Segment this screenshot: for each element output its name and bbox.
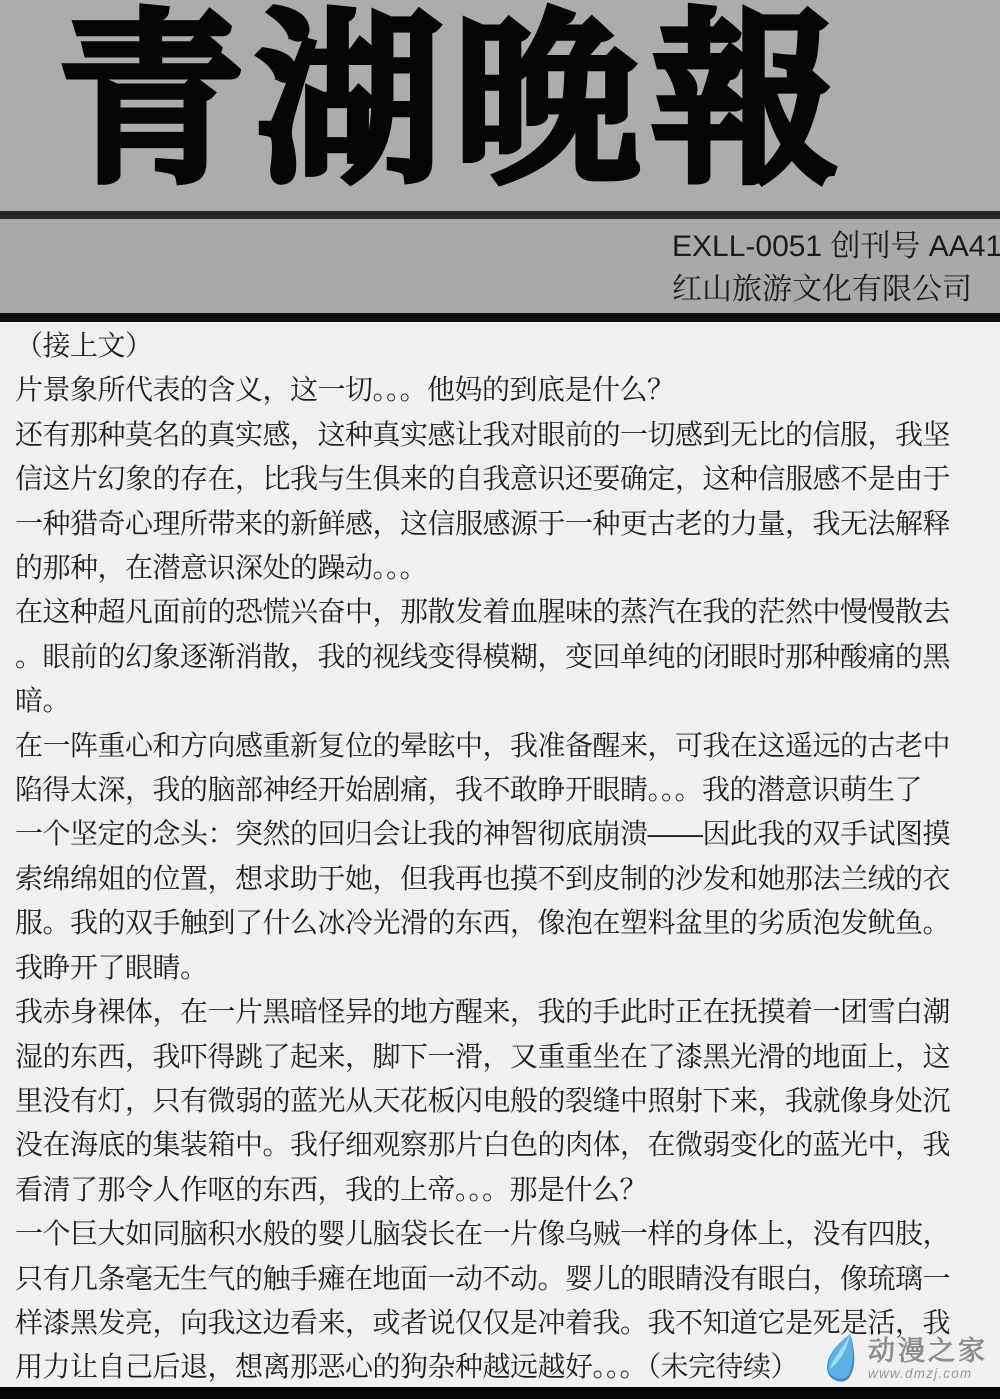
newspaper-title: 青湖晚報 bbox=[58, 0, 850, 207]
issue-info-block: EXLL-0051 创刊号 AA41-0 红山旅游文化有限公司 bbox=[672, 225, 1000, 311]
dmzj-site-name: 动漫之家 bbox=[868, 1336, 988, 1366]
issue-band: EXLL-0051 创刊号 AA41-0 红山旅游文化有限公司 bbox=[0, 219, 1000, 313]
article-divider bbox=[0, 313, 1000, 322]
dmzj-watermark: 动漫之家 www.dmzj.com bbox=[821, 1333, 988, 1385]
comic-text-page: { "masthead": { "title": "青湖晚報", "issue_… bbox=[0, 0, 1000, 1399]
dmzj-site-url: www.dmzj.com bbox=[868, 1366, 972, 1382]
newspaper-masthead: 青湖晚報 bbox=[0, 0, 1000, 211]
masthead-rule bbox=[0, 211, 1000, 219]
issue-number-line: EXLL-0051 创刊号 AA41-0 bbox=[672, 225, 1000, 268]
dmzj-watermark-text: 动漫之家 www.dmzj.com bbox=[868, 1336, 988, 1382]
bottom-bar bbox=[0, 1387, 1000, 1399]
article-text: （接上文） 片景象所代表的含义，这一切。。。他妈的到底是什么？ 还有那种莫名的真… bbox=[0, 322, 1000, 1387]
publisher-name-line: 红山旅游文化有限公司 bbox=[672, 268, 1000, 311]
dmzj-water-drop-icon bbox=[821, 1333, 859, 1385]
article-body: （接上文） 片景象所代表的含义，这一切。。。他妈的到底是什么？ 还有那种莫名的真… bbox=[0, 322, 1000, 1387]
